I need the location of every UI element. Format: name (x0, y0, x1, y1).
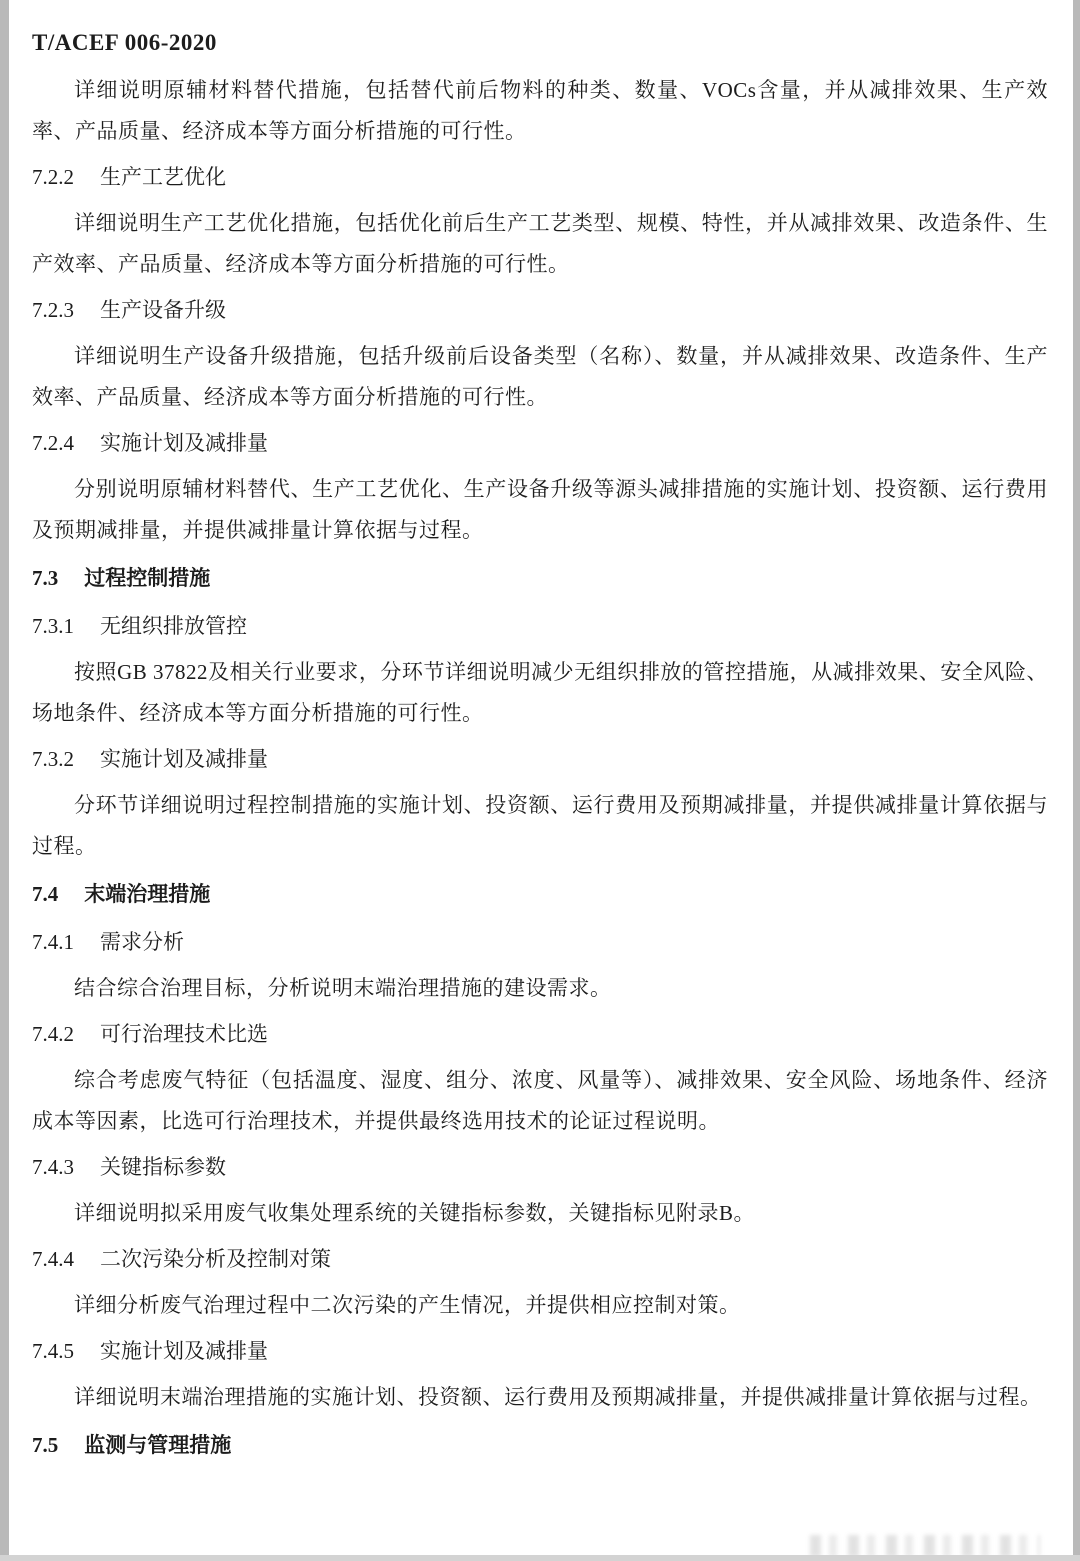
section-heading-7-2-2: 7.2.2生产工艺优化 (32, 157, 1048, 198)
section-paragraph: 按照GB 37822及相关行业要求，分环节详细说明减少无组织排放的管控措施，从减… (32, 652, 1048, 734)
section-heading-7-5: 7.5监测与管理措施 (32, 1425, 1048, 1466)
section-heading-7-2-3: 7.2.3生产设备升级 (32, 290, 1048, 331)
section-title: 监测与管理措施 (84, 1425, 231, 1466)
faint-watermark-smudge (810, 1535, 1040, 1557)
section-heading-7-4-4: 7.4.4二次污染分析及控制对策 (32, 1239, 1048, 1280)
section-heading-7-3: 7.3过程控制措施 (32, 558, 1048, 599)
section-number: 7.3.1 (32, 606, 74, 647)
section-paragraph: 详细分析废气治理过程中二次污染的产生情况，并提供相应控制对策。 (32, 1285, 1048, 1326)
section-heading-7-4-3: 7.4.3关键指标参数 (32, 1147, 1048, 1188)
section-title: 过程控制措施 (84, 558, 210, 599)
intro-paragraph: 详细说明原辅材料替代措施，包括替代前后物料的种类、数量、VOCs含量，并从减排效… (32, 70, 1048, 152)
section-number: 7.4 (32, 874, 58, 915)
section-paragraph: 分别说明原辅材料替代、生产工艺优化、生产设备升级等源头减排措施的实施计划、投资额… (32, 469, 1048, 551)
section-paragraph: 详细说明拟采用废气收集处理系统的关键指标参数，关键指标见附录B。 (32, 1193, 1048, 1234)
document-page: T/ACEF 006-2020 详细说明原辅材料替代措施，包括替代前后物料的种类… (0, 0, 1080, 1466)
section-number: 7.2.4 (32, 423, 74, 464)
section-heading-7-4-2: 7.4.2可行治理技术比选 (32, 1014, 1048, 1055)
page-edge-left (0, 0, 9, 1561)
section-heading-7-4-5: 7.4.5实施计划及减排量 (32, 1331, 1048, 1372)
section-number: 7.4.1 (32, 922, 74, 963)
section-paragraph: 详细说明生产工艺优化措施，包括优化前后生产工艺类型、规模、特性，并从减排效果、改… (32, 203, 1048, 285)
page-edge-right (1073, 0, 1080, 1561)
section-paragraph: 结合综合治理目标，分析说明末端治理措施的建设需求。 (32, 968, 1048, 1009)
section-paragraph: 综合考虑废气特征（包括温度、湿度、组分、浓度、风量等）、减排效果、安全风险、场地… (32, 1060, 1048, 1142)
section-title: 可行治理技术比选 (100, 1014, 268, 1055)
section-number: 7.4.4 (32, 1239, 74, 1280)
section-paragraph: 详细说明末端治理措施的实施计划、投资额、运行费用及预期减排量，并提供减排量计算依… (32, 1377, 1048, 1418)
section-title: 二次污染分析及控制对策 (100, 1239, 331, 1280)
page-edge-bottom (0, 1555, 1080, 1561)
section-heading-7-2-4: 7.2.4实施计划及减排量 (32, 423, 1048, 464)
section-title: 实施计划及减排量 (100, 739, 268, 780)
section-title: 实施计划及减排量 (100, 423, 268, 464)
section-number: 7.3 (32, 558, 58, 599)
section-title: 需求分析 (100, 922, 184, 963)
section-paragraph: 详细说明生产设备升级措施，包括升级前后设备类型（名称）、数量，并从减排效果、改造… (32, 336, 1048, 418)
section-number: 7.3.2 (32, 739, 74, 780)
section-number: 7.5 (32, 1425, 58, 1466)
section-heading-7-4-1: 7.4.1需求分析 (32, 922, 1048, 963)
standard-code: T/ACEF 006-2020 (32, 30, 1048, 56)
section-title: 生产工艺优化 (100, 157, 226, 198)
section-title: 实施计划及减排量 (100, 1331, 268, 1372)
section-title: 无组织排放管控 (100, 606, 247, 647)
section-title: 关键指标参数 (100, 1147, 226, 1188)
section-number: 7.4.2 (32, 1014, 74, 1055)
section-heading-7-3-2: 7.3.2实施计划及减排量 (32, 739, 1048, 780)
section-number: 7.4.5 (32, 1331, 74, 1372)
section-title: 生产设备升级 (100, 290, 226, 331)
section-number: 7.4.3 (32, 1147, 74, 1188)
section-paragraph: 分环节详细说明过程控制措施的实施计划、投资额、运行费用及预期减排量，并提供减排量… (32, 785, 1048, 867)
section-heading-7-3-1: 7.3.1无组织排放管控 (32, 606, 1048, 647)
section-number: 7.2.2 (32, 157, 74, 198)
section-number: 7.2.3 (32, 290, 74, 331)
section-title: 末端治理措施 (84, 874, 210, 915)
section-heading-7-4: 7.4末端治理措施 (32, 874, 1048, 915)
